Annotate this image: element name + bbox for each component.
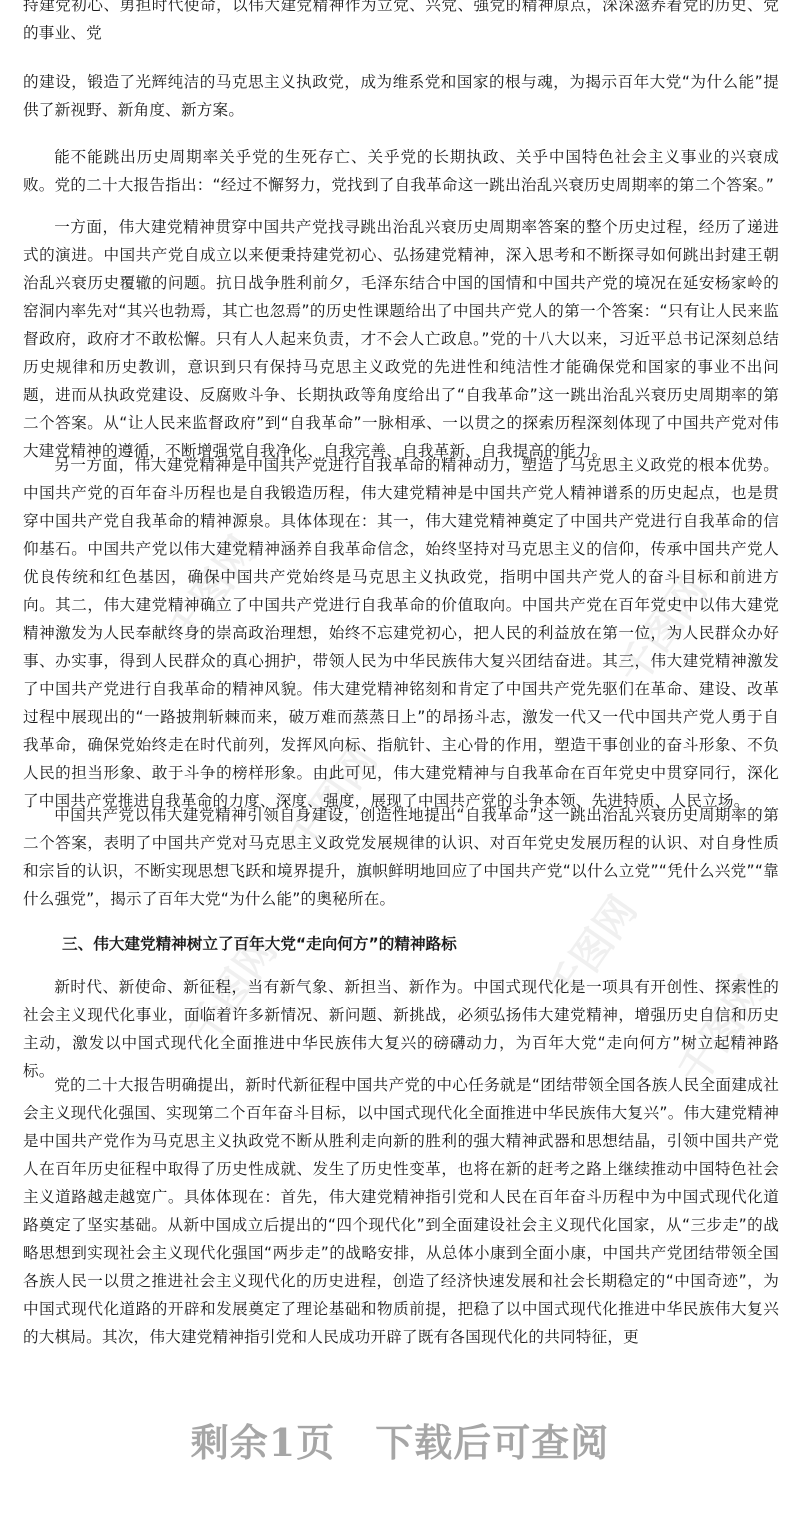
paragraph: 一方面，伟大建党精神贯穿中国共产党找寻跳出治乱兴衰历史周期率答案的整个历史过程，…	[23, 213, 779, 465]
paragraph: 另一方面，伟大建党精神是中国共产党进行自我革命的精神动力，塑造了马克思主义政党的…	[23, 451, 779, 815]
download-to-read-label: 下载后可查阅	[375, 1420, 609, 1465]
remaining-pages-label: 剩余1页	[191, 1420, 335, 1465]
paragraph: 中国共产党以伟大建党精神引领自身建设，创造性地提出“自我革命”这一跳出治乱兴衰历…	[23, 801, 779, 913]
paragraph: 党的二十大报告明确提出，新时代新征程中国共产党的中心任务就是“团结带领全国各族人…	[23, 1071, 779, 1351]
paragraph: 能不能跳出历史周期率关乎党的生死存亡、关乎党的长期执政、关乎中国特色社会主义事业…	[23, 143, 779, 199]
download-paywall-banner[interactable]: 剩余1页下载后可查阅	[0, 1412, 800, 1467]
section-heading: 三、伟大建党精神树立了百年大党“走向何方”的精神路标	[62, 930, 457, 958]
paragraph-continued-top: 持建党初心、勇担时代使命，以伟大建党精神作为立党、兴党、强党的精神原点，深深滋养…	[23, 0, 779, 47]
document-page: 千图网 千图网 千图网 千图网 千图网 千图网 持建党初心、勇担时代使命，以伟大…	[0, 0, 800, 1518]
paragraph: 的建设，锻造了光辉纯洁的马克思主义执政党，成为维系党和国家的根与魂，为揭示百年大…	[23, 68, 779, 124]
paragraph: 新时代、新使命、新征程，当有新气象、新担当、新作为。中国式现代化是一项具有开创性…	[23, 973, 779, 1085]
